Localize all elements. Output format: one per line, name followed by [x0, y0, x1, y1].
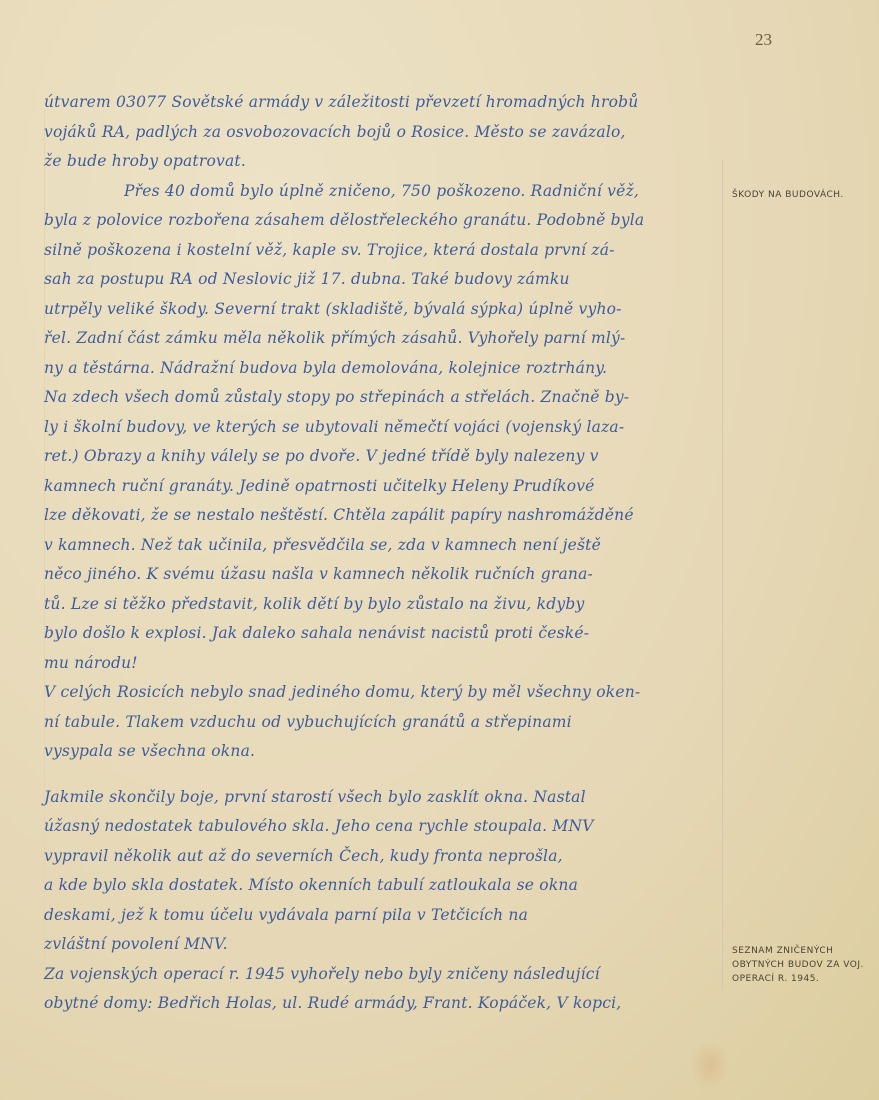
text-line: utrpěly veliké škody. Severní trakt (skl…	[44, 295, 724, 325]
text-line: tů. Lze si těžko představit, kolik dětí …	[44, 590, 724, 620]
text-line: ret.) Obrazy a knihy válely se po dvoře.…	[44, 442, 724, 472]
margin-note-building-damage: Škody na budovách.	[732, 188, 844, 202]
paragraph-5: Za vojenských operací r. 1945 vyhořely n…	[44, 960, 724, 1019]
text-line: v kamnech. Než tak učinila, přesvědčila …	[44, 531, 724, 561]
margin-note-line: Škody na budovách.	[732, 188, 844, 202]
text-line: Jakmile skončily boje, první starostí vš…	[44, 783, 724, 813]
text-line: ní tabule. Tlakem vzduchu od vybuchující…	[44, 708, 724, 738]
text-line: Za vojenských operací r. 1945 vyhořely n…	[44, 960, 724, 990]
paper-stain	[690, 1040, 730, 1090]
text-line: vypravil několik aut až do severních Čec…	[44, 842, 724, 872]
text-line: V celých Rosicích nebylo snad jediného d…	[44, 678, 724, 708]
page-number: 23	[755, 30, 772, 50]
text-line: byla z polovice rozbořena zásahem dělost…	[44, 206, 724, 236]
text-line: deskami, jež k tomu účelu vydávala parní…	[44, 901, 724, 931]
paragraph-1: útvarem 03077 Sovětské armády v záležito…	[44, 88, 724, 177]
text-line: obytné domy: Bedřich Holas, ul. Rudé arm…	[44, 989, 724, 1019]
text-line: sah za postupu RA od Neslovic již 17. du…	[44, 265, 724, 295]
margin-note-destroyed-buildings-list: Seznam zničených obytných budov za voj. …	[732, 944, 864, 986]
text-line: kamnech ruční granáty. Jedině opatrnosti…	[44, 472, 724, 502]
text-line: a kde bylo skla dostatek. Místo okenních…	[44, 871, 724, 901]
text-line: silně poškozena i kostelní věž, kaple sv…	[44, 236, 724, 266]
text-line: Přes 40 domů bylo úplně zničeno, 750 poš…	[44, 177, 724, 207]
handwritten-body: útvarem 03077 Sovětské armády v záležito…	[44, 88, 724, 1019]
margin-note-line: Seznam zničených	[732, 944, 864, 958]
paragraph-gap	[44, 767, 724, 783]
text-line: něco jiného. K svému úžasu našla v kamne…	[44, 560, 724, 590]
text-line: útvarem 03077 Sovětské armády v záležito…	[44, 88, 724, 118]
text-line: řel. Zadní část zámku měla několik přímý…	[44, 324, 724, 354]
margin-note-line: obytných budov za voj.	[732, 958, 864, 972]
text-line: že bude hroby opatrovat.	[44, 147, 724, 177]
paragraph-4: Jakmile skončily boje, první starostí vš…	[44, 783, 724, 960]
text-line: ny a těstárna. Nádražní budova byla demo…	[44, 354, 724, 384]
text-line: ly i školní budovy, ve kterých se ubytov…	[44, 413, 724, 443]
text-line: zvláštní povolení MNV.	[44, 930, 724, 960]
text-line: mu národu!	[44, 649, 724, 679]
paragraph-3: V celých Rosicích nebylo snad jediného d…	[44, 678, 724, 767]
text-line: Na zdech všech domů zůstaly stopy po stř…	[44, 383, 724, 413]
text-line: bylo došlo k explosi. Jak daleko sahala …	[44, 619, 724, 649]
text-line: vojáků RA, padlých za osvobozovacích boj…	[44, 118, 724, 148]
text-line: vysypala se všechna okna.	[44, 737, 724, 767]
margin-note-line: operací r. 1945.	[732, 972, 864, 986]
text-line: úžasný nedostatek tabulového skla. Jeho …	[44, 812, 724, 842]
text-line: lze děkovati, že se nestalo neštěstí. Ch…	[44, 501, 724, 531]
paragraph-2: Přes 40 domů bylo úplně zničeno, 750 poš…	[44, 177, 724, 679]
